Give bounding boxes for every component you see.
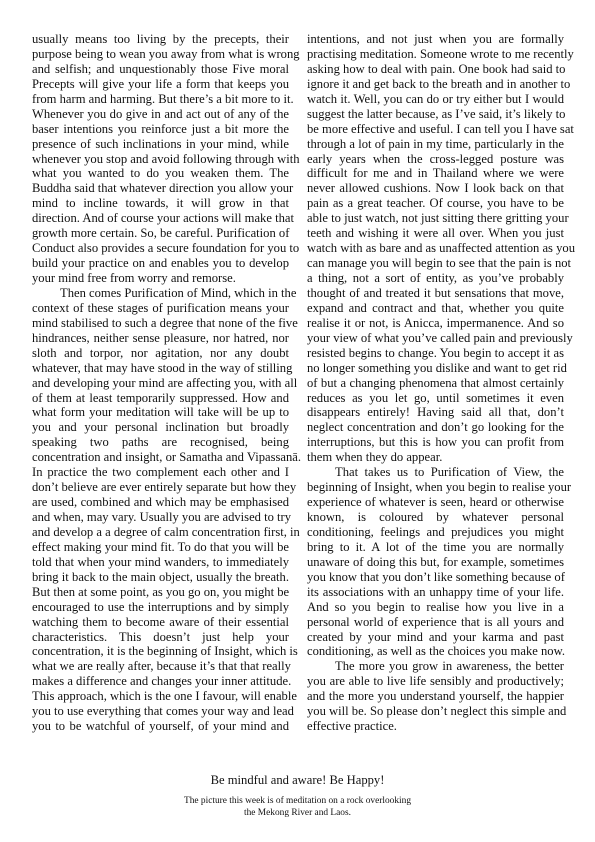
text-line: Whenever you do give in and act out of a… [32, 107, 289, 122]
text-line: you to use everything that comes your wa… [32, 704, 289, 719]
text-line: bring it back to the main object, usuall… [32, 570, 289, 585]
text-line: disappears entirely! Having said all tha… [307, 405, 564, 420]
text-line: watching them to become aware of their e… [32, 615, 289, 630]
text-line: never allowed cushions. Now I look back … [307, 181, 564, 196]
text-line: Conduct also provides a secure foundatio… [32, 241, 289, 256]
text-line: a thing, not a sort of entity, as you’ve… [307, 271, 564, 286]
text-line: experience of whatever is seen, heard or… [307, 495, 564, 510]
text-line: whatever, that may have stood in the way… [32, 361, 289, 376]
text-line: teeth and wishing it were all over. When… [307, 226, 564, 241]
text-line: told that when your mind wanders, to imm… [32, 555, 289, 570]
text-line: Buddha said that whatever direction you … [32, 181, 289, 196]
text-line: early years when the cross-legged postur… [307, 152, 564, 167]
text-line: makes a difference and changes your inne… [32, 674, 289, 689]
text-line: speaking two paths are recognised, being [32, 435, 289, 450]
text-line: concentration and insight, or Samatha an… [32, 450, 289, 465]
text-line: beginning of Insight, when you begin to … [307, 480, 564, 495]
text-line: bring to it. A lot of the time you are n… [307, 540, 564, 555]
text-line: personal world of experience that is all… [307, 615, 564, 630]
caption-line: the Mekong River and Laos. [0, 808, 595, 820]
text-line: thought of and treated it but sensations… [307, 286, 564, 301]
text-line: In practice the two complement each othe… [32, 465, 289, 480]
text-line: and selfish; and unquestionably those Fi… [32, 62, 289, 77]
text-line: neglect concentration and don’t go looki… [307, 420, 564, 435]
text-line: presence of such inclinations in your mi… [32, 137, 289, 152]
text-line: suggest the latter because, as I’ve said… [307, 107, 564, 122]
text-line: interruptions, but this is how you can p… [307, 435, 564, 450]
footer-motto: Be mindful and aware! Be Happy! [0, 773, 595, 788]
text-line: no longer something you dislike and want… [307, 361, 564, 376]
text-line: practising meditation. Someone wrote to … [307, 47, 564, 62]
text-line: be more effective and useful. I can tell… [307, 122, 564, 137]
text-line: asking how to deal with pain. One book h… [307, 62, 564, 77]
text-line: and when, may vary. Usually you are advi… [32, 510, 289, 525]
text-line: of them at least temporarily suppressed.… [32, 391, 289, 406]
text-line: are used, combined and which may be emph… [32, 495, 289, 510]
text-line: baser intentions you reinforce just a bi… [32, 122, 289, 137]
text-line: conditioning, as well as the choices you… [307, 644, 564, 659]
paragraph-start-line: Then comes Purification of Mind, which i… [32, 286, 289, 301]
text-line: expand and contract and that, whether yo… [307, 301, 564, 316]
text-line: and develop a a degree of calm concentra… [32, 525, 289, 540]
text-line: known, is coloured by whatever personal [307, 510, 564, 525]
text-line: and the more you understand yourself, th… [307, 689, 564, 704]
text-line: and developing your mind are affecting y… [32, 376, 289, 391]
text-line: ignore it and get back to the breath and… [307, 77, 564, 92]
text-line: pain as a great teacher. Of course, you … [307, 196, 564, 211]
text-line: difficult for me and in Thailand where w… [307, 166, 564, 181]
text-line: its associations with an unhappy time of… [307, 585, 564, 600]
text-line: effective practice. [307, 719, 564, 734]
text-line: realise it or not, is Anicca, impermanen… [307, 316, 564, 331]
text-line: hindrances, neither sense pleasure, nor … [32, 331, 289, 346]
text-line: able to just watch, not just sitting the… [307, 211, 564, 226]
text-line: mind to incline towards, it will grow in… [32, 196, 289, 211]
text-line: This approach, which is the one I favour… [32, 689, 289, 704]
text-line: concentration, it is the beginning of In… [32, 644, 289, 659]
text-line: build your practice on and enables you t… [32, 256, 289, 271]
text-line: watch it. Well, you can do or try either… [307, 92, 564, 107]
text-line: And so you begin to realise how you live… [307, 600, 564, 615]
text-line: them when they do appear. [307, 450, 564, 465]
text-line: you are able to live life sensibly and p… [307, 674, 564, 689]
text-line: reduces as you let go, until sometimes i… [307, 391, 564, 406]
text-line: resisted begins to change. You begin to … [307, 346, 564, 361]
text-line: intentions, and not just when you are fo… [307, 32, 564, 47]
text-line: purpose being to wean you away from what… [32, 47, 289, 62]
text-line: you will be. So please don’t neglect thi… [307, 704, 564, 719]
text-line: conditioning, feelings and prejudices yo… [307, 525, 564, 540]
text-line: you know that you don’t like something b… [307, 570, 564, 585]
text-line: unaware of doing this but, for example, … [307, 555, 564, 570]
text-line: mind stabilised to such a degree that no… [32, 316, 289, 331]
paragraph-start-line: That takes us to Purification of View, t… [307, 465, 564, 480]
text-line: But then at some point, as you go on, yo… [32, 585, 289, 600]
right-column: intentions, and not just when you are fo… [307, 32, 564, 734]
text-line: what we are really after, because it’s t… [32, 659, 289, 674]
text-line: watch with as bare and as unaffected att… [307, 241, 564, 256]
text-line: don’t believe are ever entirely separate… [32, 480, 289, 495]
text-line: can manage you will begin to see that th… [307, 256, 564, 271]
text-line: effect making your mind fit. To do that … [32, 540, 289, 555]
caption-line: The picture this week is of meditation o… [0, 796, 595, 808]
text-line: your view of what you’ve called pain and… [307, 331, 564, 346]
text-line: you to be watchful of yourself, of your … [32, 719, 289, 734]
picture-caption: The picture this week is of meditation o… [0, 796, 595, 819]
text-line: usually means too living by the precepts… [32, 32, 289, 47]
text-line: through a lot of pain in my time, partic… [307, 137, 564, 152]
text-line: what you wanted to do you weaken them. T… [32, 166, 289, 181]
text-line: what form your meditation will take will… [32, 405, 289, 420]
left-column: usually means too living by the precepts… [32, 32, 289, 734]
text-line: whenever you stop and avoid following th… [32, 152, 289, 167]
text-line: from harm and harming. But there’s a bit… [32, 92, 289, 107]
text-line: growth more certain. So, be careful. Pur… [32, 226, 289, 241]
text-line: sloth and torpor, nor agitation, nor any… [32, 346, 289, 361]
text-line: created by your mind and your karma and … [307, 630, 564, 645]
text-line: characteristics. This doesn’t just help … [32, 630, 289, 645]
text-line: direction. And of course your actions wi… [32, 211, 289, 226]
text-line: context of these stages of purification … [32, 301, 289, 316]
text-line: you and your personal inclination but br… [32, 420, 289, 435]
text-line: Precepts will give your life a form that… [32, 77, 289, 92]
text-line: your mind free from worry and remorse. [32, 271, 289, 286]
text-line: of but a changing phenomena that almost … [307, 376, 564, 391]
text-line: encouraged to use the interruptions and … [32, 600, 289, 615]
paragraph-start-line: The more you grow in awareness, the bett… [307, 659, 564, 674]
